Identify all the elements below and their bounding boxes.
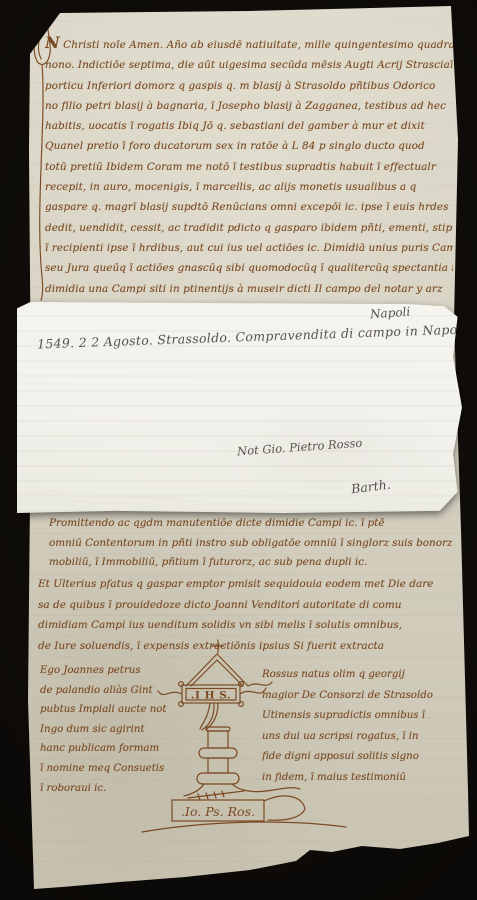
subscription-cartouche: .Io. Ps. Ros.	[142, 796, 346, 832]
slip-signature: Barth.	[350, 477, 391, 497]
photo-stage: N Christi noīe Amen. Año ab eiusdē natiu…	[0, 0, 477, 900]
manuscript-line: Promittendo ac qgdm manutentiōe dicte di…	[49, 514, 453, 534]
manuscript-line: dimidia una Campi siti in ptinentijs à m…	[45, 279, 453, 299]
archivist-slip: Napoli 1549. 2 2 Agosto. Strassoldo. Com…	[17, 302, 462, 513]
manuscript-line: Et Ulterius pfatus q gaspar emptor pmisi…	[38, 574, 456, 595]
slip-notary-line: Not Gio. Pietro Rosso	[237, 436, 363, 459]
manuscript-line: nono. Indictiōe septima, die aūt uigesim…	[45, 55, 453, 75]
manuscript-line: dedit, uendidit, cessit, ac tradidit pdi…	[45, 218, 453, 238]
notarial-sign-drawing: .I H S. .Io. Ps. Ros.	[140, 638, 350, 845]
manuscript-line: no filio petri blasij à bagnaria, ī Jose…	[45, 96, 453, 116]
cross-icon	[212, 640, 224, 653]
manuscript-line: omniū Contentorum in pñti instro sub obl…	[49, 534, 453, 554]
manuscript-line: habitis, uocatis ī rogatis Ibiq Jō q. se…	[45, 116, 453, 136]
promise-paragraph: Promittendo ac qgdm manutentiōe dicte di…	[49, 514, 453, 573]
manuscript-line: sa de quibus ī prouidedoze dicto Joanni …	[38, 595, 456, 616]
manuscript-line: Quanel pretio ī foro ducatorum sex in ra…	[45, 136, 453, 156]
ihs-monogram-text: .I H S.	[191, 690, 231, 702]
ihs-monogram: .I H S.	[158, 654, 272, 706]
manuscript-line: gaspare q. magrī blasij supdtō Renūcians…	[45, 197, 453, 217]
subscription-text: .Io. Ps. Ros.	[181, 804, 255, 819]
slip-corner-note: Napoli	[369, 305, 410, 322]
archivist-slip-wrap: Napoli 1549. 2 2 Agosto. Strassoldo. Com…	[17, 302, 462, 513]
slip-title-line: 1549. 2 2 Agosto. Strassoldo. Compravend…	[37, 322, 466, 352]
manuscript-line: porticu Inferiori domorz q gaspis q. m b…	[45, 76, 453, 96]
manuscript-line: mobiliū, ī Immobiliū, pñtium ī futurorz,…	[49, 553, 453, 573]
manuscript-line: N Christi noīe Amen. Año ab eiusdē natiu…	[45, 33, 453, 55]
manuscript-line: seu Jura queūq ī actiōes gnascūq sibi qu…	[45, 258, 453, 278]
manuscript-line: recepit, in auro, mocenigis, ī marcellis…	[45, 177, 453, 197]
manuscript-line: dimidiam Campi ius uenditum solidis vn s…	[38, 615, 456, 636]
sign-pedestal	[184, 703, 300, 800]
manuscript-line: totū pretiū Ibidem Coram me notō ī testi…	[45, 157, 453, 177]
manuscript-line: ī recipienti ipse ī hrdibus, aut cui ius…	[45, 238, 453, 258]
opening-paragraph: N Christi noīe Amen. Año ab eiusdē natiu…	[45, 33, 453, 319]
